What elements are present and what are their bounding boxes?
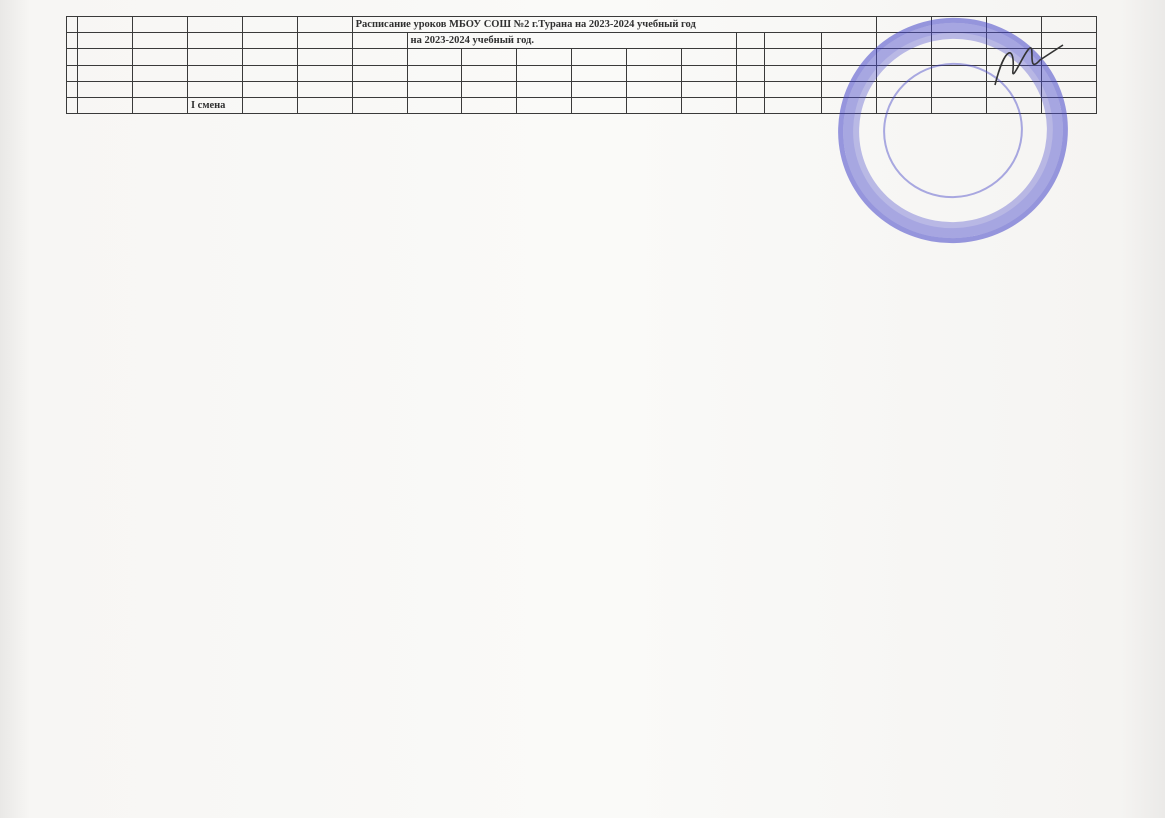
header-cell xyxy=(765,65,822,81)
header-cell xyxy=(67,97,78,113)
header-cell xyxy=(986,17,1041,33)
header-cell xyxy=(877,65,932,81)
header-cell xyxy=(407,81,462,97)
header-cell xyxy=(1041,17,1096,33)
header-cell xyxy=(1041,97,1096,113)
header-cell xyxy=(407,49,462,65)
header-cell xyxy=(133,97,188,113)
header-cell xyxy=(822,65,877,81)
header-cell xyxy=(1041,65,1096,81)
header-cell xyxy=(517,65,572,81)
header-cell xyxy=(681,81,736,97)
header-cell xyxy=(67,17,78,33)
header-cell xyxy=(133,17,188,33)
header-cell xyxy=(67,65,78,81)
header-row xyxy=(67,65,1097,81)
header-cell xyxy=(932,97,987,113)
header-cell xyxy=(242,17,297,33)
header-cell xyxy=(407,97,462,113)
header-cell xyxy=(517,49,572,65)
header-cell xyxy=(681,65,736,81)
document-title: Расписание уроков МБОУ СОШ №2 г.Турана н… xyxy=(352,17,877,33)
header-cell xyxy=(1041,33,1096,49)
header-cell xyxy=(242,49,297,65)
header-cell xyxy=(297,97,352,113)
header-cell xyxy=(352,65,407,81)
header-cell xyxy=(736,49,764,65)
header-cell xyxy=(572,49,627,65)
header-row xyxy=(67,81,1097,97)
header-cell xyxy=(932,33,987,49)
header-cell xyxy=(67,33,78,49)
header-cell xyxy=(822,81,877,97)
header-cell xyxy=(242,33,297,49)
header-cell xyxy=(877,17,932,33)
header-cell xyxy=(462,65,517,81)
header-cell xyxy=(627,97,682,113)
header-cell xyxy=(765,97,822,113)
header-cell xyxy=(242,65,297,81)
header-cell xyxy=(133,33,188,49)
header-cell xyxy=(877,97,932,113)
header-cell xyxy=(627,65,682,81)
header-cell xyxy=(627,49,682,65)
header-cell xyxy=(822,33,877,49)
header-cell xyxy=(517,97,572,113)
header-cell xyxy=(736,81,764,97)
header-cell xyxy=(187,65,242,81)
header-cell xyxy=(765,49,822,65)
header-cell xyxy=(67,81,78,97)
header-cell xyxy=(352,33,407,49)
header-cell xyxy=(517,81,572,97)
header-cell xyxy=(297,81,352,97)
header-cell xyxy=(572,81,627,97)
header-cell xyxy=(133,81,188,97)
header-cell xyxy=(133,49,188,65)
header-cell xyxy=(986,97,1041,113)
header-cell xyxy=(681,49,736,65)
header-cell xyxy=(681,97,736,113)
header-cell xyxy=(986,49,1041,65)
scanned-sheet xyxy=(0,0,1165,818)
header-cell xyxy=(765,81,822,97)
header-cell xyxy=(1041,81,1096,97)
header-cell xyxy=(187,33,242,49)
header-cell xyxy=(67,49,78,65)
header-cell xyxy=(736,33,764,49)
header-cell xyxy=(932,17,987,33)
header-cell xyxy=(297,65,352,81)
header-row xyxy=(67,49,1097,65)
header-cell xyxy=(932,81,987,97)
header-cell xyxy=(187,81,242,97)
header-cell xyxy=(242,81,297,97)
header-cell xyxy=(877,81,932,97)
header-row: I смена xyxy=(67,97,1097,113)
header-cell xyxy=(462,49,517,65)
header-cell xyxy=(78,65,133,81)
header-cell xyxy=(407,65,462,81)
header-cell xyxy=(462,81,517,97)
header-cell xyxy=(352,97,407,113)
header-cell xyxy=(78,49,133,65)
header-row: на 2023-2024 учебный год. xyxy=(67,33,1097,49)
header-cell xyxy=(986,81,1041,97)
header-cell xyxy=(877,33,932,49)
header-cell xyxy=(1041,49,1096,65)
header-cell xyxy=(297,49,352,65)
header-cell xyxy=(572,65,627,81)
header-cell xyxy=(822,97,877,113)
header-cell xyxy=(736,65,764,81)
header-cell xyxy=(242,97,297,113)
shift-1-label: I смена xyxy=(187,97,242,113)
header-cell xyxy=(78,97,133,113)
header-cell xyxy=(78,17,133,33)
header-cell xyxy=(297,17,352,33)
header-cell xyxy=(986,33,1041,49)
header-cell xyxy=(187,49,242,65)
header-cell xyxy=(736,97,764,113)
header-cell xyxy=(352,49,407,65)
header-cell xyxy=(297,33,352,49)
timetable: Расписание уроков МБОУ СОШ №2 г.Турана н… xyxy=(66,16,1097,114)
header-cell xyxy=(572,97,627,113)
header-cell xyxy=(877,49,932,65)
header-cell xyxy=(187,17,242,33)
header-cell xyxy=(765,33,822,49)
header-cell xyxy=(78,33,133,49)
header-cell xyxy=(986,65,1041,81)
header-cell xyxy=(932,65,987,81)
header-cell xyxy=(627,81,682,97)
header-cell xyxy=(932,49,987,65)
header-cell xyxy=(462,97,517,113)
document-subtitle: на 2023-2024 учебный год. xyxy=(407,33,736,49)
header-cell xyxy=(352,81,407,97)
header-cell xyxy=(822,49,877,65)
header-row: Расписание уроков МБОУ СОШ №2 г.Турана н… xyxy=(67,17,1097,33)
header-cell xyxy=(133,65,188,81)
header-cell xyxy=(78,81,133,97)
